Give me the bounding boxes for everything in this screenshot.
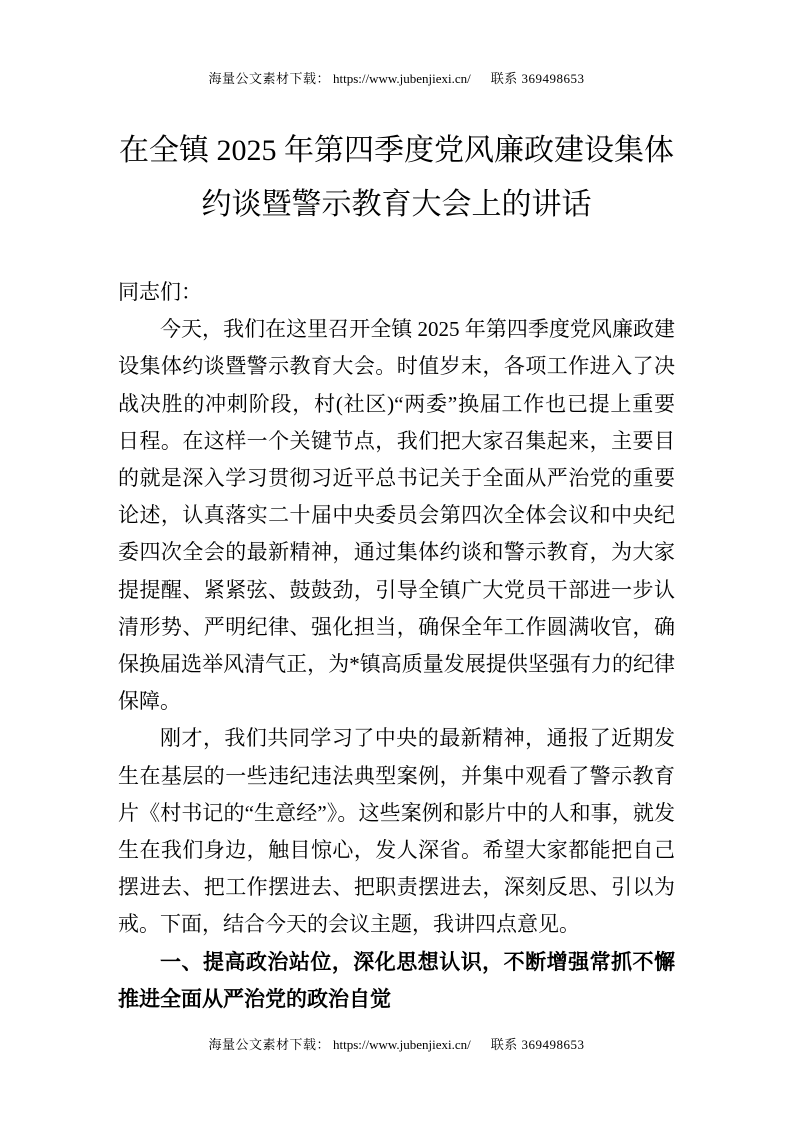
document-title-line-1: 在全镇 2025 年第四季度党风廉政建设集体 — [0, 124, 793, 178]
header-note: 海量公文素材下载：https://www.jubenjiexi.cn/联系 36… — [0, 70, 793, 88]
footer-note: 海量公文素材下载：https://www.jubenjiexi.cn/联系 36… — [0, 1036, 793, 1054]
paragraph-2: 刚才，我们共同学习了中央的最新精神，通报了近期发生在基层的一些违纪违法典型案例，… — [118, 720, 675, 943]
header-source-label: 海量公文素材下载： — [208, 71, 330, 86]
footer-url: https://www.jubenjiexi.cn/ — [333, 1037, 471, 1052]
document-title: 在全镇 2025 年第四季度党风廉政建设集体 约谈暨警示教育大会上的讲话 — [0, 124, 793, 232]
document-body: 同志们： 今天，我们在这里召开全镇 2025 年第四季度党风廉政建设集体约谈暨警… — [118, 274, 675, 1018]
document-title-line-2: 约谈暨警示教育大会上的讲话 — [0, 178, 793, 232]
salutation: 同志们： — [118, 274, 675, 311]
section-heading-1: 一、提高政治站位，深化思想认识，不断增强常抓不懈推进全面从严治党的政治自觉 — [118, 944, 675, 1018]
footer-source-label: 海量公文素材下载： — [208, 1037, 330, 1052]
paragraph-1: 今天，我们在这里召开全镇 2025 年第四季度党风廉政建设集体约谈暨警示教育大会… — [118, 311, 675, 720]
header-url: https://www.jubenjiexi.cn/ — [333, 71, 471, 86]
header-contact: 联系 369498653 — [491, 71, 585, 86]
document-page: 海量公文素材下载：https://www.jubenjiexi.cn/联系 36… — [0, 0, 793, 1122]
footer-contact: 联系 369498653 — [491, 1037, 585, 1052]
